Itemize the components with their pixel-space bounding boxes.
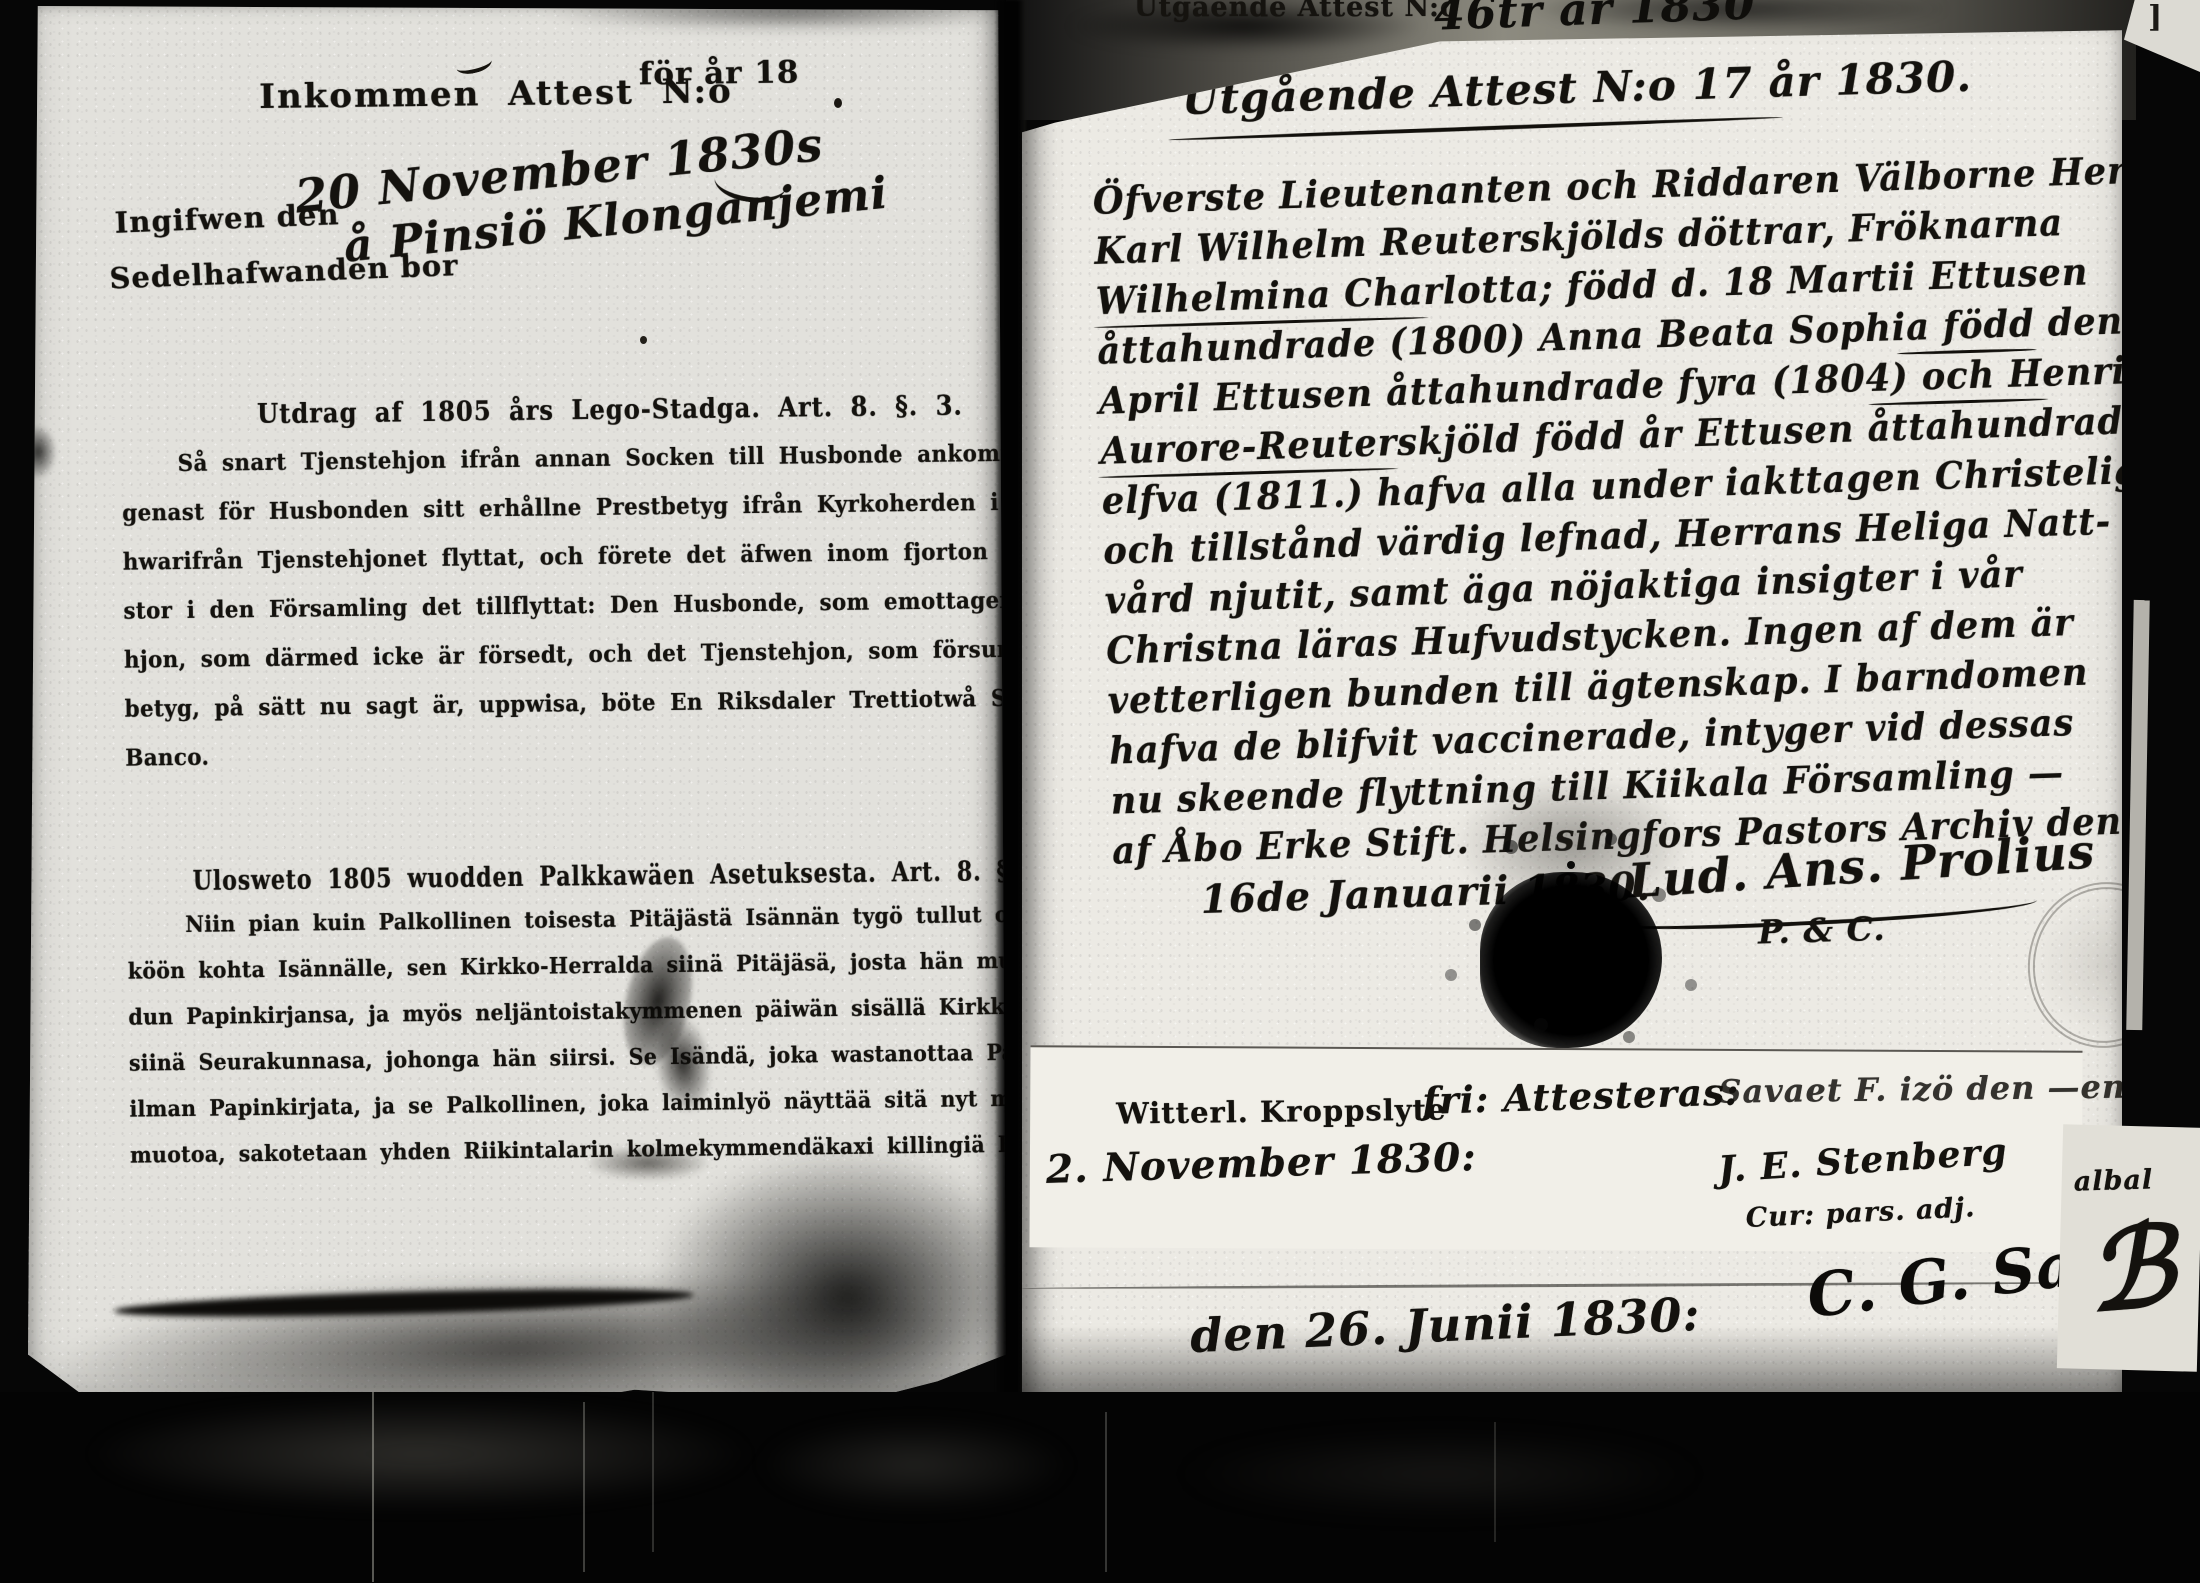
edge-fragment-text: albal	[2073, 1165, 2153, 1198]
ink-speckle	[1567, 861, 1575, 869]
edge-sliver	[2126, 600, 2150, 1030]
attest-handwriting: fri: Attesteras:	[1422, 1069, 1740, 1122]
film-scratch	[372, 1392, 374, 1582]
finnish-line: köön kohta Isännälle, sen Kirkko-Herrald…	[128, 947, 1006, 985]
book-fold	[996, 0, 1026, 1438]
finnish-section-heading: Ulosweto 1805 wuodden Palkkawäen Asetuks…	[193, 855, 1006, 897]
attestation-patch: Witterl. Kroppslyte fri: Attesteras: Sav…	[1029, 1045, 2082, 1253]
attest-signer: J. E. Stenberg	[1717, 1130, 2009, 1191]
corner-mark: ]	[2148, 0, 2162, 35]
left-header-year: för år 18	[639, 54, 800, 92]
swedish-line: genast för Husbonden sitt erhållne Prest…	[122, 486, 1006, 526]
band-smudge	[1180, 1432, 1700, 1516]
bodily-defect-label: Witterl. Kroppslyte	[1116, 1093, 1447, 1131]
left-page: Inkommen Attest N:o för år 18 Ingifwen d…	[28, 6, 1006, 1418]
ink-mark	[834, 98, 842, 108]
band-smudge	[760, 1420, 1070, 1510]
bottom-band	[0, 1392, 2200, 1583]
finnish-line: Niin pian kuin Palkollinen toisesta Pitä…	[185, 900, 1006, 938]
pastor-signature-title: P. & C.	[1757, 909, 1886, 952]
swedish-line: betyg, på sätt nu sagt är, uppwisa, böte…	[124, 684, 1006, 723]
document-scan: Utgående Attest N:o 46tr år 1830 Inkomme…	[0, 0, 2200, 1583]
swedish-line: hjon, som därmed icke är försedt, och de…	[124, 633, 1006, 673]
film-scratch	[652, 1392, 654, 1552]
ink-smudge	[588, 1146, 708, 1180]
top-fragment-handwritten: 46tr år 1830	[1433, 0, 1756, 41]
swedish-line: Banco.	[125, 744, 209, 772]
film-scratch	[1105, 1412, 1107, 1572]
film-scratch	[583, 1402, 585, 1572]
overlay-fragment: Savaet F. izö den —enk	[1718, 1067, 2122, 1110]
edge-paper: albal ℬ	[2057, 1124, 2200, 1372]
finnish-line: siinä Seurakunnasa, johonga hän siirsi. …	[129, 1039, 1006, 1077]
attest-date: 2. November 1830:	[1045, 1134, 1477, 1193]
swedish-line: Så snart Tjenstehjon ifrån annan Socken …	[177, 438, 1006, 477]
finnish-line: dun Papinkirjansa, ja myös neljäntoistak…	[128, 993, 1006, 1031]
attest-signer-title: Cur: pars. adj.	[1745, 1192, 1976, 1234]
ink-mark	[640, 336, 647, 344]
top-fragment-printed: Utgående Attest N:o	[1134, 0, 1459, 23]
swedish-line: stor i den Församling det tillflyttat: D…	[123, 585, 1006, 625]
band-smudge	[90, 1398, 750, 1510]
right-page: Utgående Attest N:o 17 år 1830. Öfverste…	[1022, 26, 2122, 1426]
swedish-section-heading: Utdrag af 1805 års Lego-Stadga. Art. 8. …	[257, 390, 963, 430]
edge-flourish: ℬ	[2083, 1201, 2180, 1336]
finnish-line: ilman Papinkirjata, ja se Palkollinen, j…	[129, 1085, 1006, 1123]
film-scratch	[1494, 1422, 1496, 1542]
swedish-line: hwarifrån Tjenstehjonet flyttat, och för…	[123, 536, 1006, 576]
